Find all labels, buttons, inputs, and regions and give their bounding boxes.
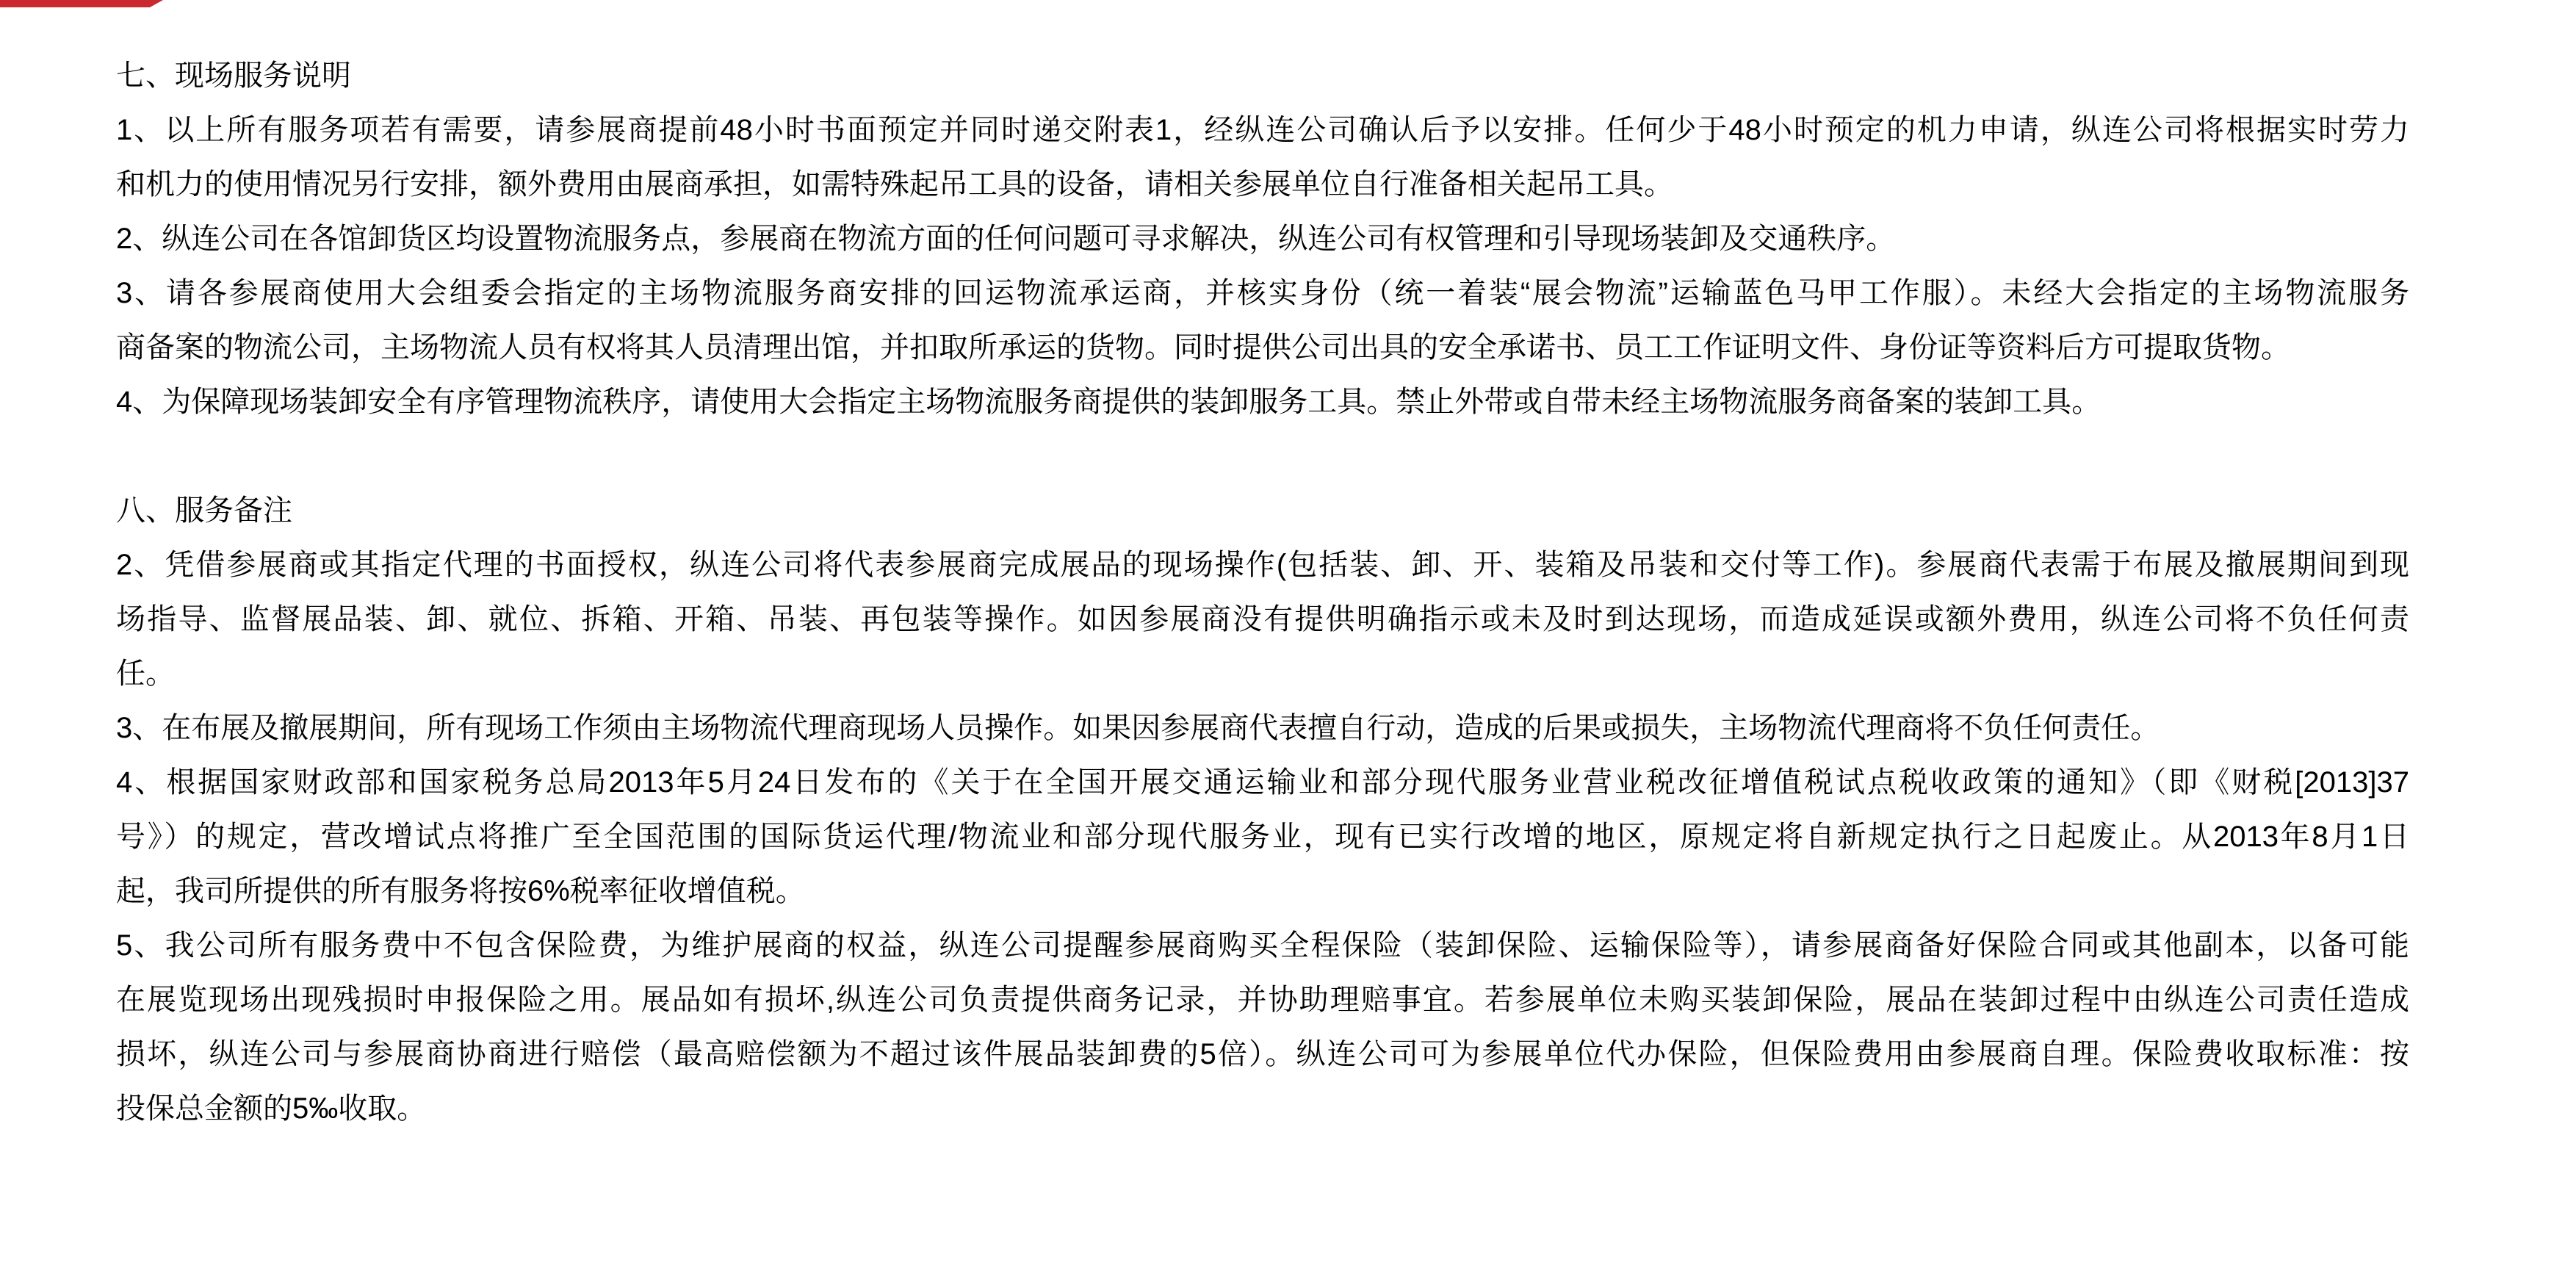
text-line: 4、为保障现场装卸安全有序管理物流秩序，请使用大会指定主场物流服务商提供的装卸服… <box>116 375 2409 429</box>
text-line: 投保总金额的5‰收取。 <box>116 1081 2409 1136</box>
red-accent-bar <box>0 0 163 7</box>
section-heading: 八、服务备注 <box>116 483 2409 538</box>
text-line: 号》）的规定，营改增试点将推广至全国范围的国际货运代理/物流业和部分现代服务业，… <box>116 810 2409 864</box>
text-line: 在展览现场出现残损时申报保险之用。展品如有损坏,纵连公司负责提供商务记录，并协助… <box>116 973 2409 1027</box>
text-line: 2、凭借参展商或其指定代理的书面授权，纵连公司将代表参展商完成展品的现场操作(包… <box>116 538 2409 592</box>
text-line: 和机力的使用情况另行安排，额外费用由展商承担，如需特殊起吊工具的设备，请相关参展… <box>116 157 2409 212</box>
text-line: 3、请各参展商使用大会组委会指定的主场物流服务商安排的回运物流承运商，并核实身份… <box>116 266 2409 320</box>
text-line: 损坏，纵连公司与参展商协商进行赔偿（最高赔偿额为不超过该件展品装卸费的5倍）。纵… <box>116 1027 2409 1081</box>
section-heading: 七、现场服务说明 <box>116 48 2409 103</box>
document-page: 七、现场服务说明1、以上所有服务项若有需要，请参展商提前48小时书面预定并同时递… <box>0 0 2576 1279</box>
text-line: 任。 <box>116 646 2409 701</box>
text-line: 5、我公司所有服务费中不包含保险费，为维护展商的权益，纵连公司提醒参展商购买全程… <box>116 918 2409 973</box>
text-line: 起，我司所提供的所有服务将按6%税率征收增值税。 <box>116 864 2409 918</box>
text-line: 3、在布展及撤展期间，所有现场工作须由主场物流代理商现场人员操作。如果因参展商代… <box>116 701 2409 755</box>
document-body: 七、现场服务说明1、以上所有服务项若有需要，请参展商提前48小时书面预定并同时递… <box>116 48 2409 1136</box>
text-line: 2、纵连公司在各馆卸货区均设置物流服务点，参展商在物流方面的任何问题可寻求解决，… <box>116 212 2409 266</box>
blank-line <box>116 429 2409 483</box>
text-line: 1、以上所有服务项若有需要，请参展商提前48小时书面预定并同时递交附表1，经纵连… <box>116 103 2409 157</box>
text-line: 场指导、监督展品装、卸、就位、拆箱、开箱、吊装、再包装等操作。如因参展商没有提供… <box>116 592 2409 646</box>
text-line: 商备案的物流公司，主场物流人员有权将其人员清理出馆，并扣取所承运的货物。同时提供… <box>116 320 2409 375</box>
text-line: 4、根据国家财政部和国家税务总局2013年5月24日发布的《关于在全国开展交通运… <box>116 755 2409 810</box>
